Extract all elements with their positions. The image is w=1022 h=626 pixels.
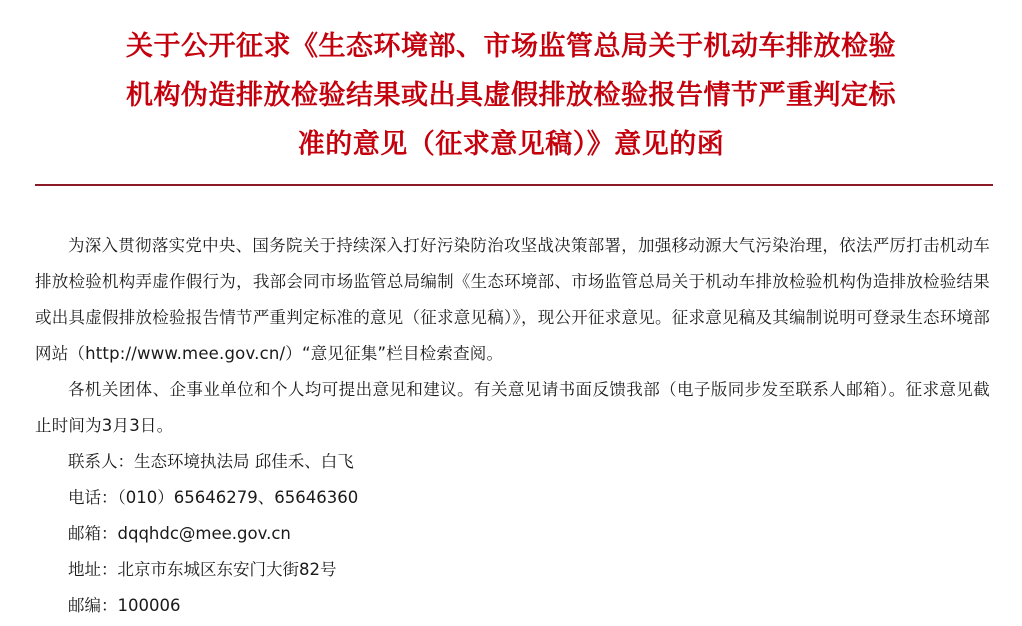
title-divider — [35, 184, 993, 186]
postcode-label: 邮编： — [68, 596, 118, 615]
title-line-1: 关于公开征求《生态环境部、市场监管总局关于机动车排放检验 — [0, 22, 1022, 71]
phone-value: （010）65646279、65646360 — [118, 488, 359, 507]
address-value: 北京市东城区东安门大街82号 — [118, 560, 337, 579]
postcode-value: 100006 — [118, 596, 181, 615]
email-line: 邮箱：dqqhdc@mee.gov.cn — [35, 516, 990, 552]
email-label: 邮箱： — [68, 524, 118, 543]
title-line-3: 准的意见（征求意见稿）》意见的函 — [0, 120, 1022, 169]
address-label: 地址： — [68, 560, 118, 579]
title-line-2: 机构伪造排放检验结果或出具虚假排放检验报告情节严重判定标 — [0, 71, 1022, 120]
phone-label: 电话： — [68, 488, 118, 507]
contact-person-value: 生态环境执法局 邱佳禾、白飞 — [134, 452, 354, 471]
document-body: 为深入贯彻落实党中央、国务院关于持续深入打好污染防治攻坚战决策部署，加强移动源大… — [35, 228, 990, 624]
postcode-line: 邮编：100006 — [35, 588, 990, 624]
contact-info: 联系人：生态环境执法局 邱佳禾、白飞 电话：（010）65646279、6564… — [35, 444, 990, 624]
email-value: dqqhdc@mee.gov.cn — [118, 524, 291, 543]
document-title: 关于公开征求《生态环境部、市场监管总局关于机动车排放检验 机构伪造排放检验结果或… — [0, 22, 1022, 169]
phone-line: 电话：（010）65646279、65646360 — [35, 480, 990, 516]
contact-person-line: 联系人：生态环境执法局 邱佳禾、白飞 — [35, 444, 990, 480]
address-line: 地址：北京市东城区东安门大街82号 — [35, 552, 990, 588]
paragraph-feedback: 各机关团体、企事业单位和个人均可提出意见和建议。有关意见请书面反馈我部（电子版同… — [35, 372, 990, 444]
contact-person-label: 联系人： — [68, 452, 134, 471]
paragraph-intro: 为深入贯彻落实党中央、国务院关于持续深入打好污染防治攻坚战决策部署，加强移动源大… — [35, 228, 990, 372]
